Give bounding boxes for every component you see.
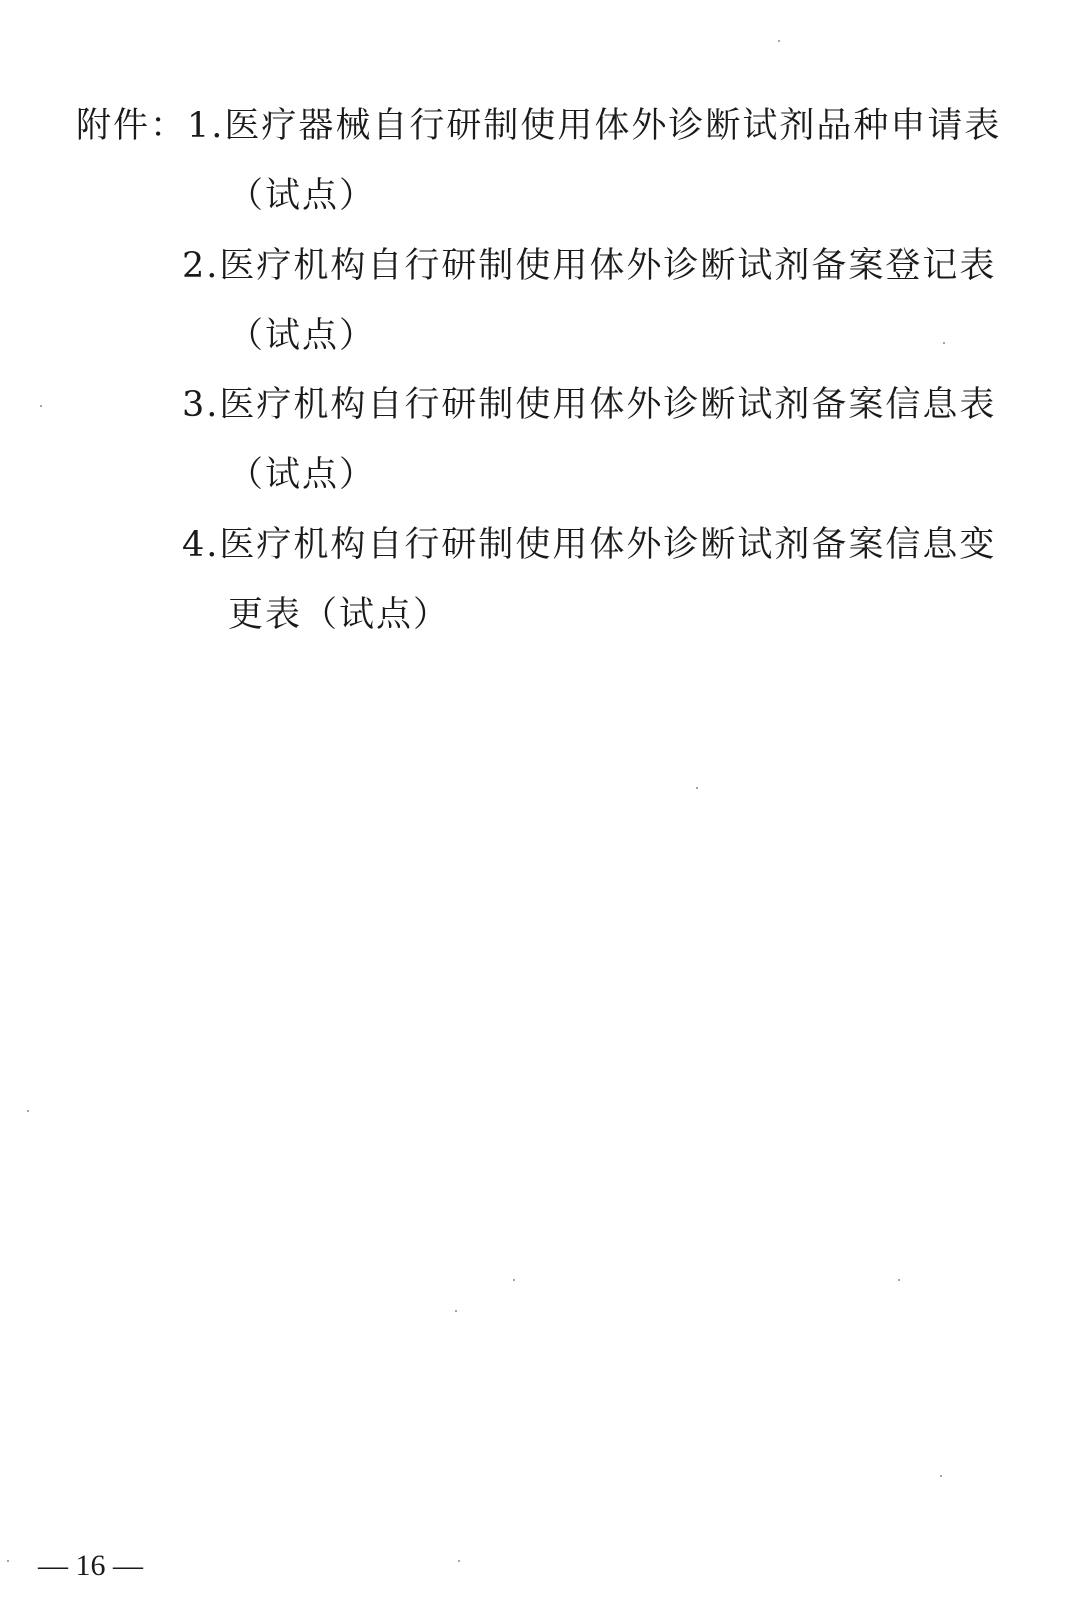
scan-speck xyxy=(455,1310,457,1312)
attachment-item-2: 2.医疗机构自行研制使用体外诊断试剂备案登记表 xyxy=(182,246,996,286)
attachment-title-continued: （试点） xyxy=(228,176,376,216)
attachment-title: 医疗机构自行研制使用体外诊断试剂备案登记表 xyxy=(219,246,996,286)
attachment-item-1-continued: （试点） xyxy=(228,176,376,216)
page-number: — 16 — xyxy=(38,1548,143,1584)
attachment-item-3-continued: （试点） xyxy=(228,455,376,495)
scan-speck xyxy=(513,1279,515,1281)
attachment-title: 医疗机构自行研制使用体外诊断试剂备案信息变 xyxy=(219,525,996,565)
scan-speck xyxy=(40,405,42,407)
scan-speck xyxy=(7,1560,9,1562)
attachment-title-continued: （试点） xyxy=(228,455,376,495)
attachment-title-continued: 更表（试点） xyxy=(228,595,450,635)
attachment-number: 3. xyxy=(182,385,219,425)
attachment-item-4: 4.医疗机构自行研制使用体外诊断试剂备案信息变 xyxy=(182,525,996,565)
attachment-title-continued: （试点） xyxy=(228,316,376,356)
scan-speck xyxy=(27,1110,29,1112)
scan-speck xyxy=(696,787,698,789)
attachment-title: 医疗机构自行研制使用体外诊断试剂备案信息表 xyxy=(219,385,996,425)
attachment-title: 医疗器械自行研制使用体外诊断试剂品种申请表 xyxy=(224,106,1001,146)
scan-speck xyxy=(778,40,780,42)
attachment-item-2-continued: （试点） xyxy=(228,316,376,356)
scan-speck xyxy=(940,1475,942,1477)
scan-speck xyxy=(943,342,945,344)
attachment-number: 4. xyxy=(182,525,219,565)
attachments-label: 附件： xyxy=(76,106,187,146)
attachment-item-3: 3.医疗机构自行研制使用体外诊断试剂备案信息表 xyxy=(182,385,996,425)
attachment-item-1: 附件：1.医疗器械自行研制使用体外诊断试剂品种申请表 xyxy=(76,106,1001,146)
scan-speck xyxy=(458,1560,460,1562)
attachment-number: 2. xyxy=(182,246,219,286)
scan-speck xyxy=(898,1279,900,1281)
attachment-item-4-continued: 更表（试点） xyxy=(228,595,450,635)
attachment-number: 1. xyxy=(187,106,224,146)
